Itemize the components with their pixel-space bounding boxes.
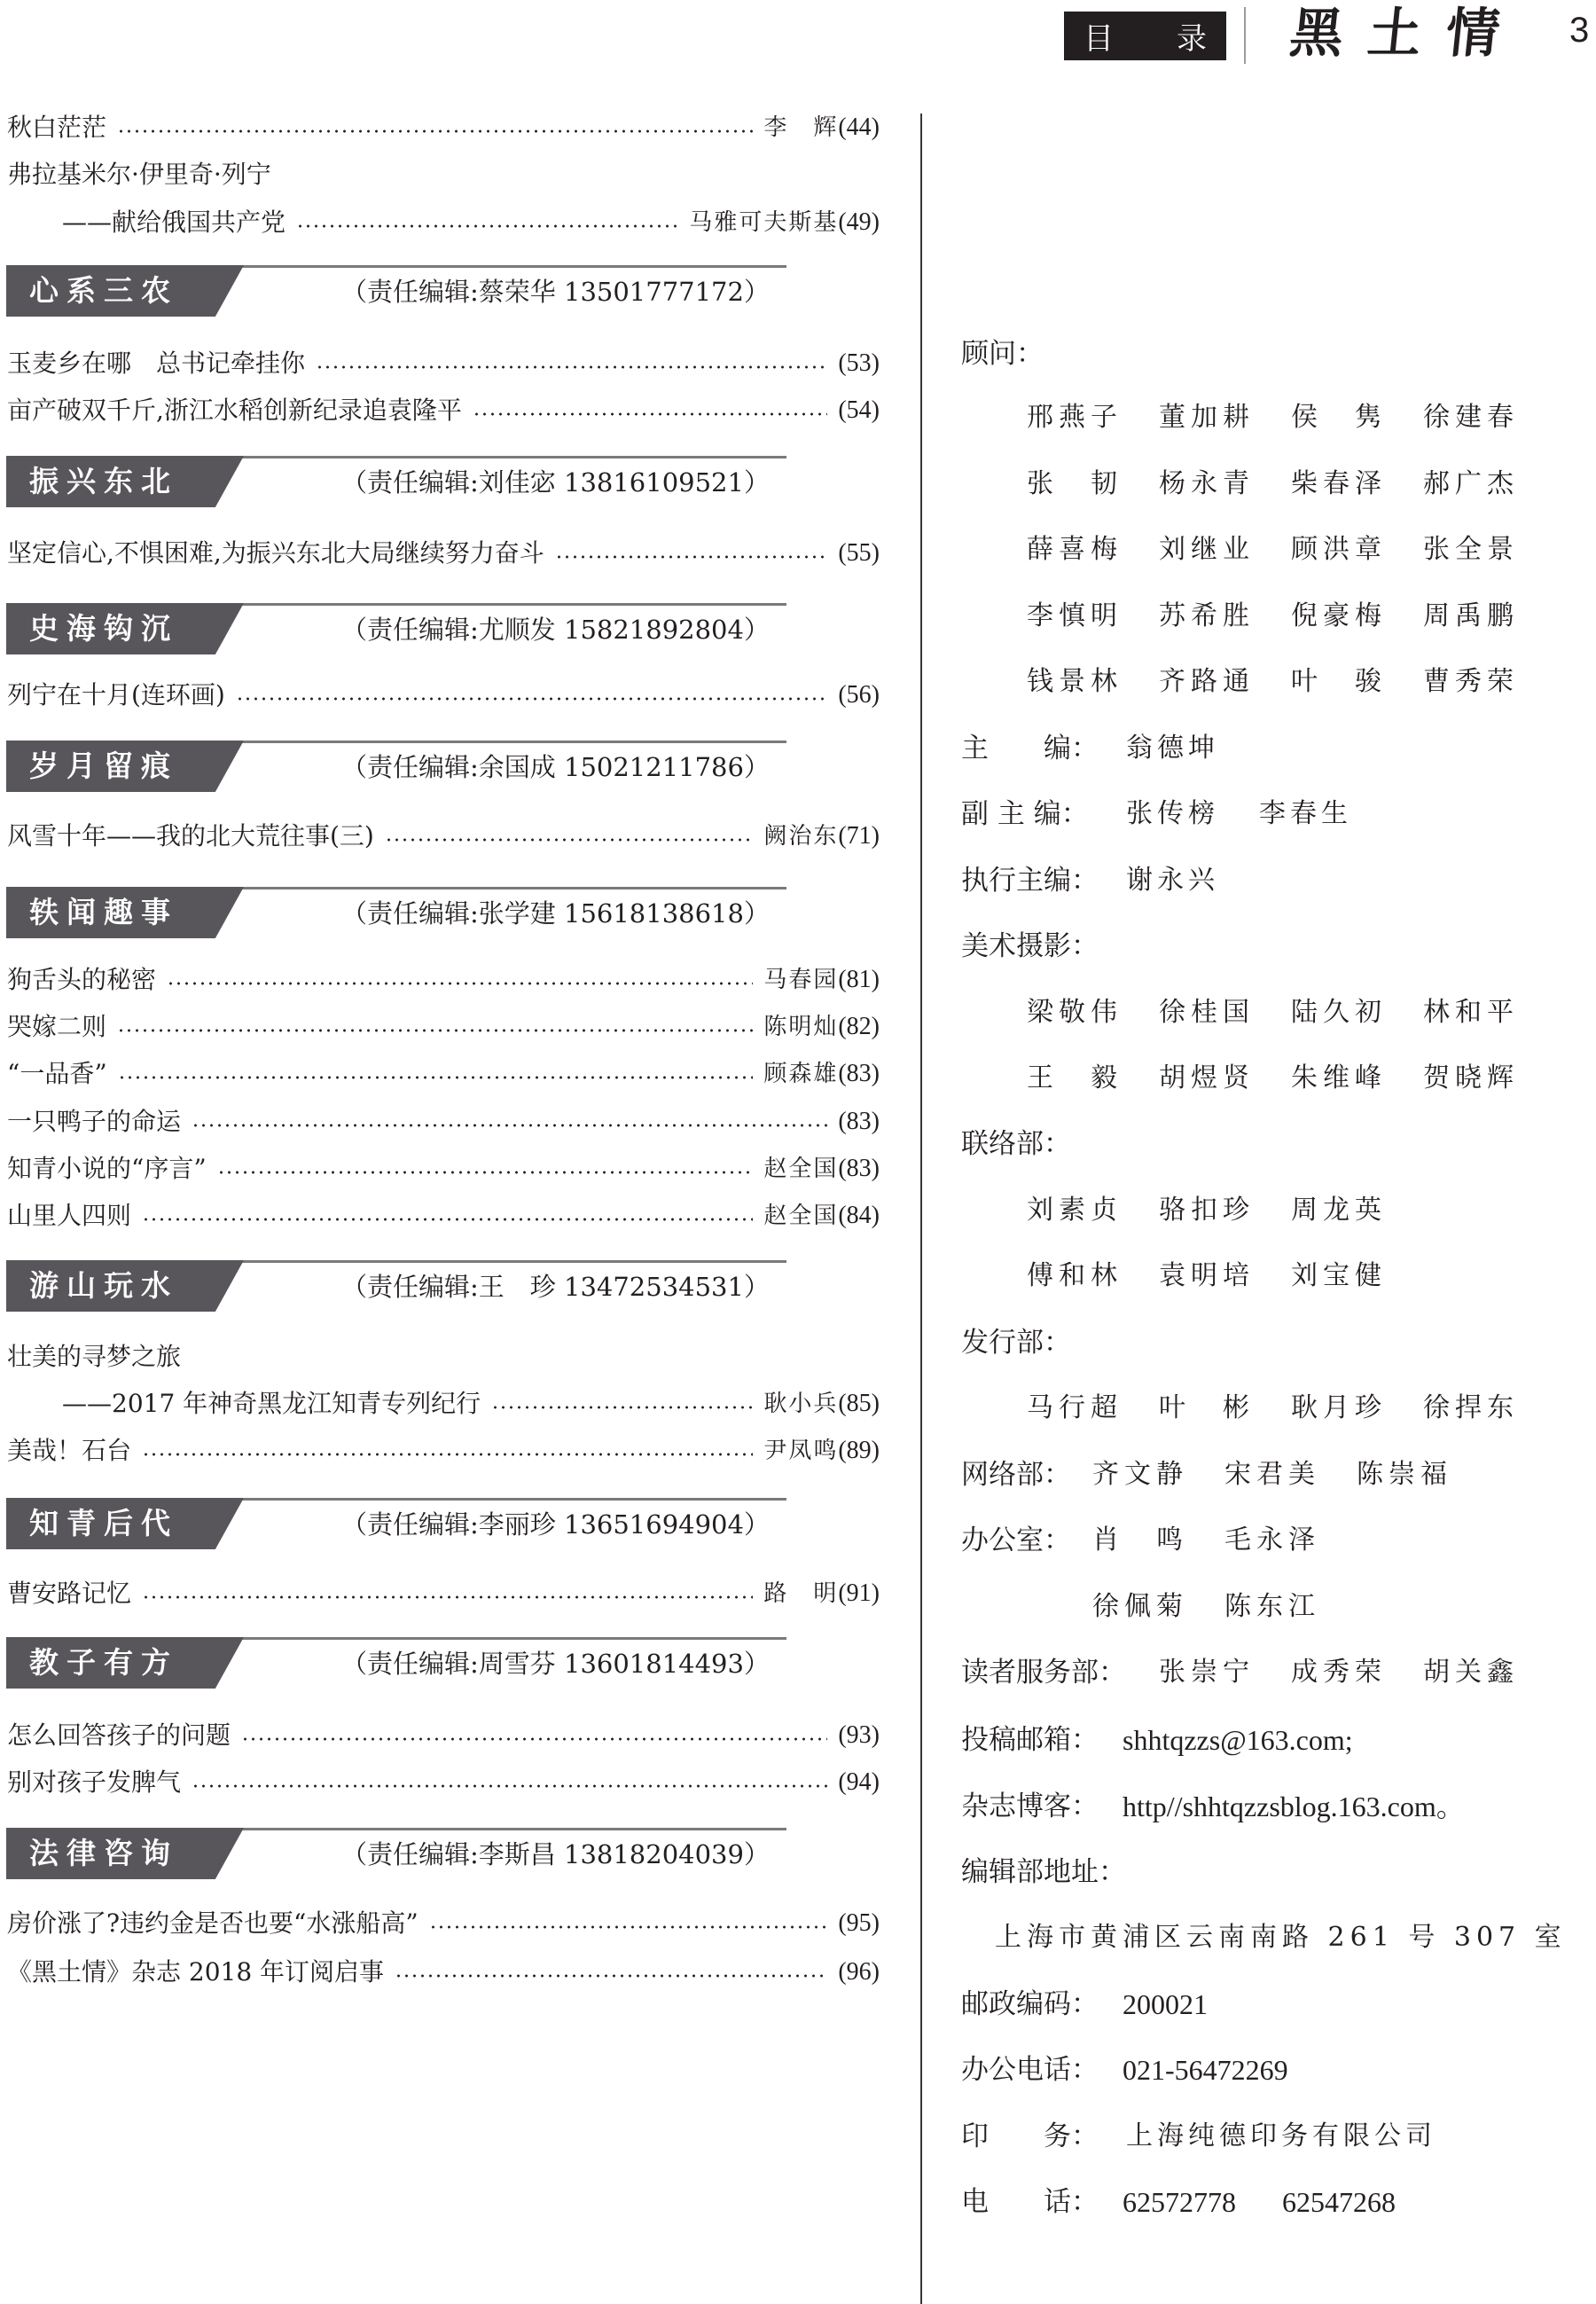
section-label-box: 目 录: [1064, 12, 1226, 60]
section-banner: 教子有方 （责任编辑:周雪芬 13601814493）: [6, 1637, 786, 1689]
section-title: 史海钩沉: [6, 603, 244, 654]
toc-entry[interactable]: 美哉！石台 尹凤鸣 (89): [7, 1433, 880, 1469]
toc-title: 《黑土情》杂志 2018 年订阅启事: [7, 1955, 384, 1990]
toc-author: 马雅可夫斯基: [689, 205, 838, 240]
exec-editor: 谢永兴: [1126, 861, 1219, 900]
toc-page: (89): [838, 1433, 880, 1469]
section-rule: [228, 741, 786, 743]
dot-leader: [142, 1595, 753, 1600]
toc-entry[interactable]: 知青小说的“序言” 赵全国 (83): [7, 1151, 880, 1187]
toc-author: 赵全国: [763, 1198, 838, 1234]
advisor-name: 杨永青: [1159, 465, 1255, 504]
toc-entry-subtitle[interactable]: ——2017 年神奇黑龙江知青专列纪行 耿小兵 (85): [7, 1386, 880, 1422]
dot-leader: [395, 1973, 827, 1979]
advisor-name: 张全景: [1423, 530, 1519, 569]
office-name: 陈东江: [1224, 1587, 1320, 1626]
address-label: 编辑部地址：: [961, 1853, 1126, 1892]
dot-leader: [555, 554, 828, 560]
section-banner: 轶闻趣事 （责任编辑:张学建 15618138618）: [6, 887, 786, 938]
blog-url[interactable]: http//shhtqzzsblog.163.com。: [1123, 1787, 1465, 1826]
section-editor: （责任编辑:李丽珍 13651694904）: [341, 1505, 770, 1544]
toc-page: (94): [838, 1765, 880, 1800]
reader-service-name: 张崇宁: [1159, 1653, 1255, 1692]
toc-entry[interactable]: 狗舌头的秘密 马春园 (81): [7, 962, 880, 998]
office-phone-label: 办公电话：: [961, 2050, 1099, 2089]
advisor-name: 顾洪章: [1291, 530, 1387, 569]
liaison-name: 刘宝健: [1291, 1257, 1387, 1296]
distribution-name: 耿月珍: [1291, 1389, 1387, 1428]
section-rule: [228, 1260, 786, 1263]
toc-entry[interactable]: 《黑土情》杂志 2018 年订阅启事 (96): [7, 1955, 880, 1990]
address: 上海市黄浦区云南南路 261 号 307 室: [995, 1918, 1567, 1957]
toc-entry[interactable]: 亩产破双千斤,浙江水稻创新纪录追袁隆平 (54): [7, 393, 880, 428]
section-rule: [228, 887, 786, 889]
toc-page: (71): [838, 819, 880, 854]
section-title: 岁月留痕: [6, 741, 244, 792]
toc-page: (84): [838, 1198, 880, 1234]
toc-page: (55): [838, 536, 880, 571]
advisor-name: 刘继业: [1159, 530, 1255, 569]
toc-entry[interactable]: 列宁在十月(连环画) (56): [7, 678, 880, 713]
section-banner: 岁月留痕 （责任编辑:余国成 15021211786）: [6, 741, 786, 792]
section-title: 法律咨询: [6, 1828, 244, 1879]
section-banner: 知青后代 （责任编辑:李丽珍 13651694904）: [6, 1498, 786, 1549]
art-photo-name: 胡煜贤: [1159, 1059, 1255, 1098]
toc-entry[interactable]: 哭嫁二则 陈明灿 (82): [7, 1009, 880, 1045]
dot-leader: [192, 1123, 827, 1128]
section-title: 教子有方: [6, 1637, 244, 1689]
toc-title: 一只鸭子的命运: [7, 1104, 181, 1140]
advisor-name: 徐建春: [1423, 398, 1519, 437]
distribution-name: 徐捍东: [1423, 1389, 1519, 1428]
dot-leader: [118, 1075, 754, 1080]
toc-page: (82): [838, 1009, 880, 1045]
reader-service-name: 胡关鑫: [1423, 1653, 1519, 1692]
toc-title: 别对孩子发脾气: [7, 1765, 181, 1800]
toc-entry[interactable]: 别对孩子发脾气 (94): [7, 1765, 880, 1800]
toc-page: (56): [838, 678, 880, 713]
section-banner: 振兴东北 （责任编辑:刘佳宓 13816109521）: [6, 456, 786, 507]
toc-title: 秋白茫茫: [7, 110, 106, 145]
section-editor: （责任编辑:蔡荣华 13501777172）: [341, 272, 770, 311]
toc-title: 知青小说的“序言”: [7, 1151, 207, 1187]
page-number: 3: [1569, 11, 1589, 51]
toc-title: 弗拉基米尔·伊里奇·列宁: [7, 157, 271, 192]
dot-leader: [385, 837, 753, 842]
office-name: 徐佩菊: [1092, 1587, 1188, 1626]
toc-entry[interactable]: 坚定信心,不惧困难,为振兴东北大局继续努力奋斗 (55): [7, 536, 880, 571]
section-rule: [228, 603, 786, 606]
toc-author: 赵全国: [763, 1151, 838, 1187]
office-phone: 021-56472269: [1123, 2050, 1288, 2089]
toc-entry[interactable]: 曹安路记忆 路 明 (91): [7, 1576, 880, 1611]
section-editor: （责任编辑:周雪芬 13601814493）: [341, 1644, 770, 1683]
advisor-name: 曹秀荣: [1423, 662, 1519, 701]
toc-author: 阙治东: [763, 819, 838, 854]
section-banner: 史海钩沉 （责任编辑:尤顺发 15821892804）: [6, 603, 786, 654]
magazine-logo: 黑土情: [1287, 2, 1528, 66]
art-photo-name: 陆久初: [1291, 993, 1387, 1032]
toc-entry[interactable]: 山里人四则 赵全国 (84): [7, 1198, 880, 1234]
section-banner: 心系三农 （责任编辑:蔡荣华 13501777172）: [6, 265, 786, 317]
art-photo-name: 徐桂国: [1159, 993, 1255, 1032]
advisor-name: 钱景林: [1027, 662, 1123, 701]
toc-title: 怎么回答孩子的问题: [7, 1718, 231, 1753]
office-name: 肖 鸣: [1092, 1521, 1188, 1560]
art-photo-name: 贺晓辉: [1423, 1059, 1519, 1098]
advisor-name: 倪豪梅: [1291, 597, 1387, 636]
chief-editor-label: 主 编：: [961, 729, 1099, 768]
art-photo-name: 王 毅: [1027, 1059, 1123, 1098]
toc-author: 马春园: [763, 962, 838, 998]
printer-label: 印 务：: [961, 2117, 1099, 2156]
toc-page: (54): [838, 393, 880, 428]
toc-page: (95): [838, 1906, 880, 1941]
section-rule: [228, 265, 786, 268]
toc-title: 山里人四则: [7, 1198, 131, 1234]
submission-email[interactable]: shhtqzzs@163.com;: [1123, 1720, 1353, 1759]
advisor-name: 董加耕: [1159, 398, 1255, 437]
dot-leader: [117, 1028, 753, 1033]
toc-title: 哭嫁二则: [7, 1009, 106, 1045]
advisor-name: 叶 骏: [1291, 662, 1387, 701]
advisor-name: 齐路通: [1159, 662, 1255, 701]
toc-author: 顾森雄: [763, 1056, 838, 1092]
toc-page: (93): [838, 1718, 880, 1753]
toc-page: (81): [838, 962, 880, 998]
liaison-name: 刘素贞: [1027, 1191, 1123, 1230]
dot-leader: [429, 1924, 828, 1930]
section-editor: （责任编辑:余国成 15021211786）: [341, 748, 770, 787]
toc-title: 亩产破双千斤,浙江水稻创新纪录追袁隆平: [7, 393, 462, 428]
section-editor: （责任编辑:王 珍 13472534531）: [341, 1267, 770, 1306]
section-rule: [228, 1637, 786, 1640]
toc-title: 列宁在十月(连环画): [7, 678, 225, 713]
toc-entry[interactable]: 怎么回答孩子的问题 (93): [7, 1718, 880, 1753]
section-title: 游山玩水: [6, 1260, 244, 1312]
advisors-label: 顾问：: [961, 334, 1044, 373]
dot-leader: [217, 1170, 754, 1175]
liaison-label: 联络部：: [961, 1125, 1071, 1164]
section-rule: [228, 1498, 786, 1501]
blog-label: 杂志博客：: [961, 1787, 1099, 1826]
toc-entry[interactable]: 一只鸭子的命运 (83): [7, 1104, 880, 1140]
advisor-name: 张 韧: [1027, 465, 1123, 504]
office-name: 毛永泽: [1224, 1521, 1320, 1560]
section-title: 振兴东北: [6, 456, 244, 507]
section-banner: 法律咨询 （责任编辑:李斯昌 13818204039）: [6, 1828, 786, 1879]
toc-page: (53): [838, 346, 880, 381]
toc-entry[interactable]: 玉麦乡在哪 总书记牵挂你 (53): [7, 346, 880, 381]
phone: 62572778: [1123, 2183, 1236, 2222]
network-name: 宋君美: [1224, 1455, 1320, 1494]
section-label-left: 目: [1084, 14, 1114, 58]
toc-author: 陈明灿: [763, 1009, 838, 1045]
toc-author: 路 明: [763, 1576, 838, 1611]
toc-entry[interactable]: 壮美的寻梦之旅: [7, 1339, 880, 1375]
chief-editor: 翁德坤: [1126, 729, 1219, 768]
dot-leader: [142, 1452, 753, 1457]
toc-author: 尹凤鸣: [763, 1433, 838, 1469]
section-title: 心系三农: [6, 265, 244, 317]
section-banner: 游山玩水 （责任编辑:王 珍 13472534531）: [6, 1260, 786, 1312]
advisor-name: 侯 隽: [1291, 398, 1387, 437]
distribution-label: 发行部：: [961, 1323, 1071, 1362]
section-rule: [228, 1828, 786, 1830]
deputy-editor: 张传榜: [1126, 795, 1219, 834]
reader-service-label: 读者服务部：: [961, 1653, 1126, 1692]
dot-leader: [491, 1405, 753, 1410]
toc-entry[interactable]: “一品香” 顾森雄 (83): [7, 1056, 880, 1092]
phone-label: 电 话：: [961, 2183, 1099, 2222]
toc-title: 房价涨了?违约金是否也要“水涨船高”: [7, 1906, 419, 1941]
liaison-name: 傅和林: [1027, 1257, 1123, 1296]
postcode-label: 邮政编码：: [961, 1985, 1099, 2024]
toc-subtitle: ——2017 年神奇黑龙江知青专列纪行: [7, 1386, 481, 1422]
toc-page: (91): [838, 1576, 880, 1611]
phone: 62547268: [1282, 2183, 1396, 2222]
deputy-editor: 李春生: [1259, 795, 1352, 834]
section-rule: [228, 456, 786, 458]
art-photo-name: 梁敬伟: [1027, 993, 1123, 1032]
exec-editor-label: 执行主编：: [961, 861, 1099, 900]
dot-leader: [241, 1736, 827, 1742]
network-name: 齐文静: [1092, 1455, 1188, 1494]
liaison-name: 骆扣珍: [1159, 1191, 1255, 1230]
toc-title: 玉麦乡在哪 总书记牵挂你: [7, 346, 305, 381]
toc-subtitle: ——献给俄国共产党: [7, 205, 286, 240]
section-editor: （责任编辑:刘佳宓 13816109521）: [341, 463, 770, 502]
dot-leader: [142, 1217, 753, 1222]
distribution-name: 叶 彬: [1159, 1389, 1255, 1428]
liaison-name: 周龙英: [1291, 1191, 1387, 1230]
dot-leader: [296, 223, 678, 229]
deputy-editor-label: 副 主 编：: [961, 795, 1089, 834]
network-name: 陈崇福: [1357, 1455, 1452, 1494]
printer: 上海纯德印务有限公司: [1126, 2117, 1436, 2156]
toc-page: (83): [838, 1056, 880, 1092]
advisor-name: 薛喜梅: [1027, 530, 1123, 569]
office-label: 办公室：: [961, 1521, 1071, 1560]
advisor-name: 柴春泽: [1291, 465, 1387, 504]
toc-page: (49): [838, 205, 880, 240]
toc-entry[interactable]: 秋白茫茫 李 辉 (44): [7, 110, 880, 145]
submission-email-label: 投稿邮箱：: [961, 1720, 1099, 1759]
toc-entry-subtitle[interactable]: ——献给俄国共产党 马雅可夫斯基 (49): [7, 205, 880, 240]
section-editor: （责任编辑:李斯昌 13818204039）: [341, 1835, 770, 1874]
dot-leader: [473, 411, 827, 417]
toc-page: (44): [838, 110, 880, 145]
reader-service-name: 成秀荣: [1291, 1653, 1387, 1692]
toc-author: 耿小兵: [763, 1386, 838, 1422]
toc-title: 壮美的寻梦之旅: [7, 1339, 181, 1375]
toc-entry[interactable]: 弗拉基米尔·伊里奇·列宁: [7, 157, 880, 192]
toc-title: “一品香”: [7, 1056, 107, 1092]
liaison-name: 袁明培: [1159, 1257, 1255, 1296]
section-title: 知青后代: [6, 1498, 244, 1549]
toc-title: 风雪十年——我的北大荒往事(三): [7, 819, 374, 854]
advisor-name: 周禹鹏: [1423, 597, 1519, 636]
dot-leader: [117, 129, 753, 134]
network-label: 网络部：: [961, 1455, 1071, 1494]
advisor-name: 邢燕子: [1027, 398, 1123, 437]
section-title: 轶闻趣事: [6, 887, 244, 938]
toc-author: 李 辉: [763, 110, 838, 145]
toc-page: (85): [838, 1386, 880, 1422]
toc-title: 美哉！石台: [7, 1433, 131, 1469]
dot-leader: [167, 981, 753, 986]
advisor-name: 李慎明: [1027, 597, 1123, 636]
section-editor: （责任编辑:张学建 15618138618）: [341, 894, 770, 933]
toc-title: 狗舌头的秘密: [7, 962, 156, 998]
dot-leader: [236, 696, 827, 701]
dot-leader: [192, 1783, 827, 1789]
distribution-name: 马行超: [1027, 1389, 1123, 1428]
toc-page: (83): [838, 1151, 880, 1187]
column-divider: [920, 114, 922, 2304]
art-photo-name: 朱维峰: [1291, 1059, 1387, 1098]
toc-entry[interactable]: 风雪十年——我的北大荒往事(三) 阙治东 (71): [7, 819, 880, 854]
section-editor: （责任编辑:尤顺发 15821892804）: [341, 610, 770, 649]
toc-entry[interactable]: 房价涨了?违约金是否也要“水涨船高” (95): [7, 1906, 880, 1941]
section-label-right: 录: [1177, 14, 1207, 58]
toc-title: 曹安路记忆: [7, 1576, 131, 1611]
header-divider: [1244, 7, 1246, 64]
dot-leader: [316, 364, 827, 370]
advisor-name: 苏希胜: [1159, 597, 1255, 636]
postcode: 200021: [1123, 1985, 1208, 2024]
toc-page: (83): [838, 1104, 880, 1140]
toc-page: (96): [838, 1955, 880, 1990]
art-photo-name: 林和平: [1423, 993, 1519, 1032]
advisor-name: 郝广杰: [1423, 465, 1519, 504]
toc-title: 坚定信心,不惧困难,为振兴东北大局继续努力奋斗: [7, 536, 544, 571]
art-photo-label: 美术摄影：: [961, 927, 1099, 966]
